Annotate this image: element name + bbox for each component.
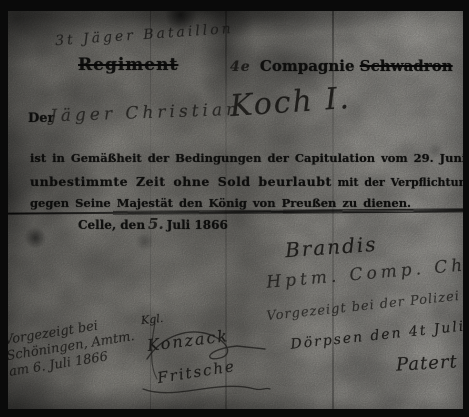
left-endorsement-note: Vorgezeigt bei Schöningen, Amtm. am 6. J… — [8, 313, 138, 381]
body-text-line2-rest: mit der Verpflichtung, nicht — [332, 176, 463, 189]
company-number-handwritten: 4e — [230, 59, 251, 75]
dateline-suffix: Juli 1866 — [167, 218, 228, 232]
squadron-label-struck: Schwadron — [360, 57, 453, 75]
battalion-handwritten: 3t Jäger Bataillon — [55, 21, 235, 49]
place-date-line: Celle, den5.Juli 1866 — [78, 215, 228, 233]
center-signature-line1: Kgl. — [140, 312, 164, 327]
regiment-label-struck: Regiment — [78, 55, 178, 75]
body-text-line2: unbestimmte Zeit ohne Sold beurlaubt mit… — [30, 174, 463, 189]
police-note-line2: Dörpsen den 4t Juli 1866 — [290, 313, 463, 352]
company-label: Compagnie — [260, 57, 355, 75]
dateline-day-handwritten: 5. — [148, 215, 164, 233]
body-text-line3: gegen Seine Majestät den König von Preuß… — [30, 196, 411, 210]
officer-signature: Brandis — [284, 232, 378, 262]
body-text-line1: ist in Gemäßheit der Bedingungen der Cap… — [30, 151, 458, 165]
scanned-document: 3t Jäger Bataillon Regiment 4e Compagnie… — [0, 0, 469, 417]
dateline-prefix: Celle, den — [78, 218, 145, 232]
police-note-line1: Vorgezeigt bei der Polizei in — [266, 287, 463, 324]
center-signature-block: Kgl. Konzack Fritsche — [133, 309, 283, 409]
company-line: 4e Compagnie Schwadron — [230, 57, 453, 75]
paper-sheet: 3t Jäger Bataillon Regiment 4e Compagnie… — [8, 11, 463, 409]
rank-and-name-handwritten: Jäger Christian — [50, 100, 242, 127]
horizontal-crease-line — [8, 209, 463, 214]
body-text-line2-bold: unbestimmte Zeit ohne Sold beurlaubt — [30, 174, 332, 189]
surname-handwritten: Koch I. — [229, 81, 352, 124]
official-signature-right: Patert — [395, 351, 458, 375]
